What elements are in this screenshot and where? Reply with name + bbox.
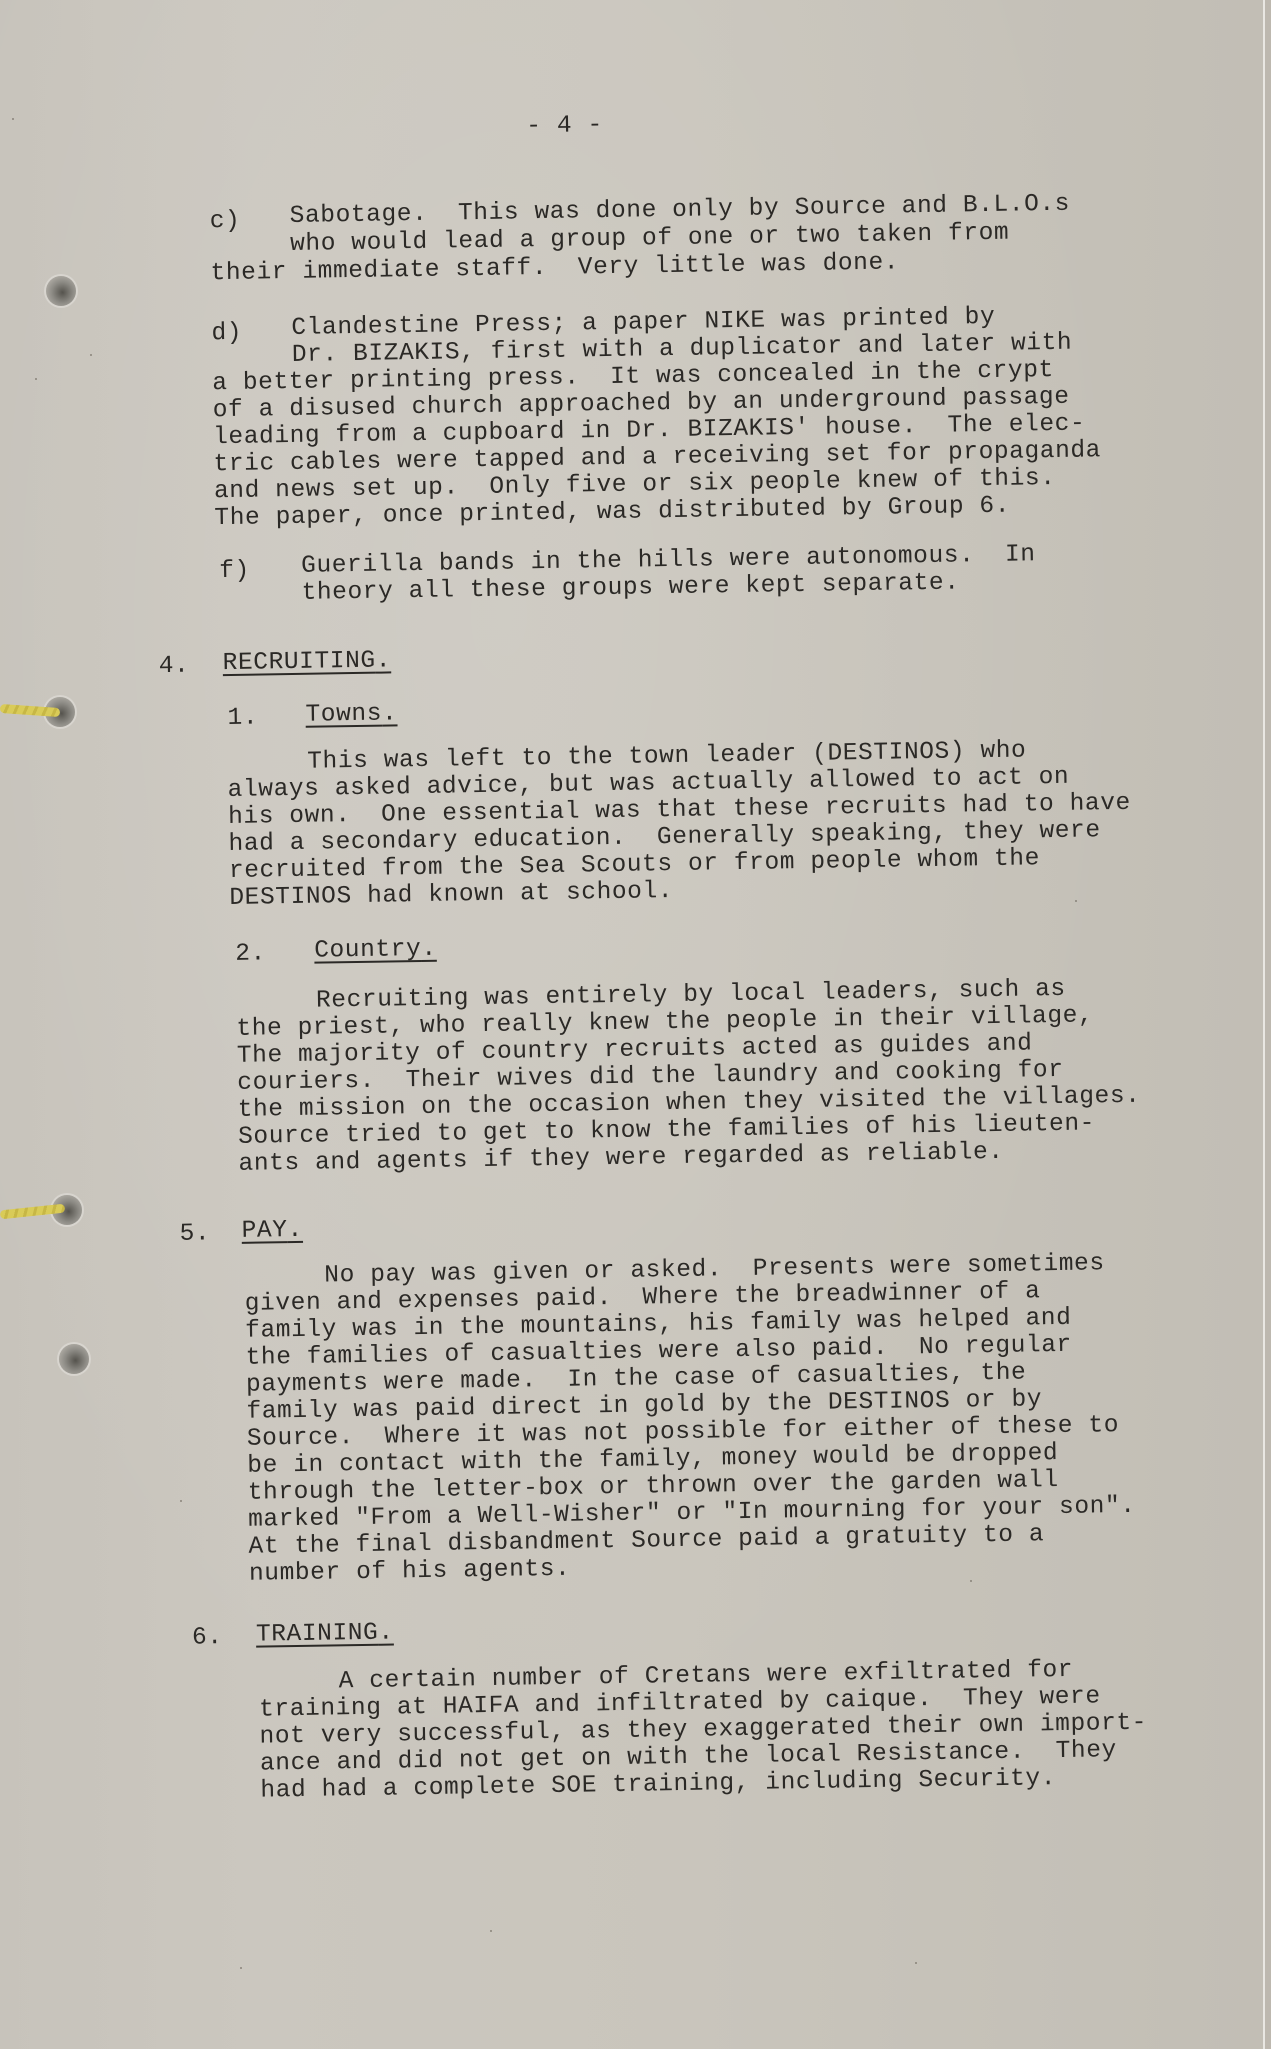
paper-speck xyxy=(35,378,37,380)
section-number: 6. xyxy=(192,1626,223,1651)
item-label: f) xyxy=(219,560,250,585)
section-heading: PAY. xyxy=(241,1219,303,1244)
section-number: 4. xyxy=(159,655,190,680)
subsection-number: 1. xyxy=(227,707,258,732)
item-label: d) xyxy=(211,322,242,347)
section-heading-text: PAY xyxy=(241,1217,287,1245)
page-number: - 4 - xyxy=(526,112,603,140)
subsection-heading: Towns. xyxy=(305,702,397,728)
paper-speck xyxy=(240,1967,242,1969)
body-line: number of his agents. xyxy=(249,1558,571,1588)
paper-speck xyxy=(180,1500,182,1502)
paper-speck xyxy=(915,1962,917,1964)
section-heading-text: TRAINING xyxy=(256,1620,379,1649)
subsection-heading-text: Country xyxy=(314,936,422,965)
section-heading: TRAINING. xyxy=(256,1622,394,1649)
body-line: DESTINOS had known at school. xyxy=(229,880,673,911)
subsection-heading: Country. xyxy=(314,938,437,964)
subsection-heading-text: Towns xyxy=(305,701,382,729)
paper-speck xyxy=(490,1930,492,1932)
section-heading-text: RECRUITING xyxy=(223,648,376,677)
section-number: 5. xyxy=(179,1222,210,1247)
typed-text: - 4 - c) Sabotage. This was done only by… xyxy=(0,0,1271,2049)
paper-speck xyxy=(1075,900,1077,902)
paper-speck xyxy=(12,118,14,120)
section-heading: RECRUITING. xyxy=(223,649,392,676)
item-label: c) xyxy=(210,210,241,235)
paper-speck xyxy=(90,354,92,356)
subsection-number: 2. xyxy=(235,942,266,967)
paper-speck xyxy=(970,1580,972,1582)
